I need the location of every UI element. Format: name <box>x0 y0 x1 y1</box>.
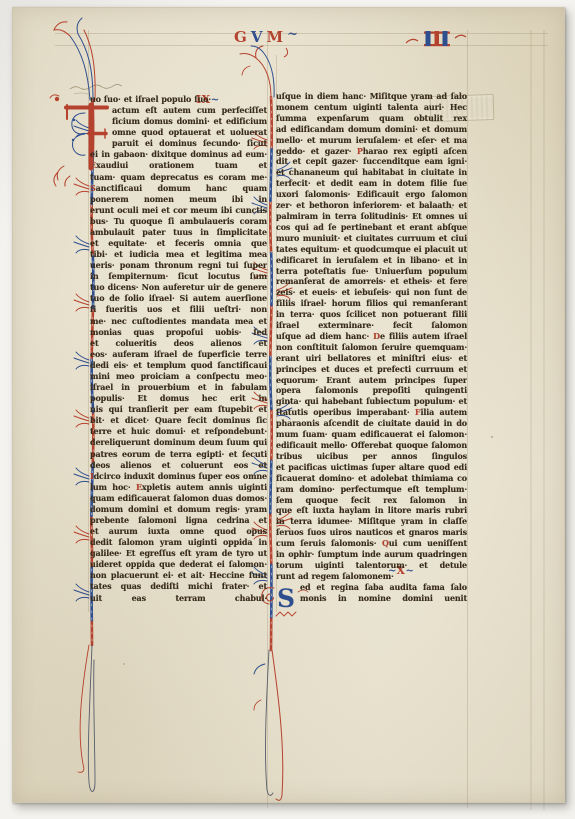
text-line: non placuerunt ei· et ait· Heccine ſunt … <box>90 570 267 581</box>
text-line: remanſerat de amorreis· et etheis· et fe… <box>276 276 467 287</box>
text-line: tates equitum· et quodcumque ei placuit … <box>276 244 467 255</box>
text-line: erunt oculi mei et cor meum ibi cunctis … <box>90 205 267 216</box>
text-line: ficium domus domini· et edificium regis·… <box>90 116 267 127</box>
text-line: et pacificas uictimas ſuper altare quod … <box>276 462 467 473</box>
text-line: pharaonis aſcendit de ciuitate dauid in … <box>276 418 467 429</box>
text-line: in terra· quos ſcilicet non potuerant fi… <box>276 309 467 320</box>
text-line: principes et duces et prefecti curruum e… <box>276 364 467 375</box>
text-line: ſtatutis operibus imperabant· Filia aute… <box>276 407 467 418</box>
text-segment: geddo· et gazer· <box>276 146 357 156</box>
text-line: terra poteſtatis ſue· Uniuerſum populum … <box>276 266 467 277</box>
text-line: edificauit mello· Offerebat quoque ſalom… <box>276 440 467 451</box>
text-line: uideret oppida que dederat ei ſalomon· e… <box>90 559 267 570</box>
text-line: dit et cepit gazer· ſuccenditque eam ign… <box>276 156 467 167</box>
text-line: tuo de ſolio iſrael· Si autem auerſione … <box>90 293 267 304</box>
running-title-letter: V <box>251 29 263 47</box>
text-line: ſi fueritis uos et filii ueſtri· non ſeq… <box>90 304 267 315</box>
text-line: que eſt iuxta haylam in litore maris rub… <box>276 505 467 516</box>
text-line: mini meo proiciam a conſpectu meo· eritq… <box>90 371 267 382</box>
text-line: uſque in diem hanc· Miſitque yram ad ſal… <box>276 91 467 102</box>
text-line: ueris· ponam thronum regni tui ſuper iſr… <box>90 260 267 271</box>
text-line: uo ſuo· et iſrael populo ſuo· <box>90 94 267 105</box>
text-line: tuam· quam deprecatus es coram me· <box>90 172 267 183</box>
rubricated-capital: D <box>373 331 380 341</box>
text-segment: harao rex egipti aſcen <box>363 146 467 156</box>
marginal-inscription <box>70 85 122 95</box>
text-line: prebente ſalomoni ligna cedrina et abieg… <box>90 515 267 526</box>
text-line: actum eſt autem cum perfeciſſet ſalomon … <box>90 105 267 116</box>
text-line: ſumma expenſarum quam obtulit rex ſalomo… <box>276 113 467 124</box>
text-line: omne quod optauerat et uoluerat facere· … <box>90 127 267 138</box>
text-line: torum uiginti talentorum· et detule <box>276 560 467 571</box>
running-title-flourish: ~ <box>287 27 298 47</box>
text-line: monias quas propoſui uobis· ſed abieriti… <box>90 327 267 338</box>
text-line: terre et huic domui· et reſpondebunt· Qu… <box>90 426 267 437</box>
text-line: palmiram in terra ſolitudinis· Et omnes … <box>276 211 467 222</box>
text-line: equorum· Erant autem principes ſuper omn… <box>276 375 467 386</box>
text-segment: e filiis autem iſrael <box>380 331 467 341</box>
text-line: iſrael in prouerbium et in fabulam cunct… <box>90 382 267 393</box>
text-line: ſem quoque fecit rex ſalomon in aſiongab… <box>276 495 467 506</box>
text-segment: anctificaui domum hanc quam edificaſti u… <box>90 183 267 194</box>
text-line: cos qui ad ſe pertinebant et erant abſqu… <box>276 222 467 233</box>
text-line: cum ſeruis ſalomonis· Qui cum ueniſſent <box>276 538 467 549</box>
text-segment: cum ſeruis ſalomonis· <box>276 538 382 548</box>
penwork-tufts-left <box>74 120 89 601</box>
text-line: deos alienos et coluerunt eos et adoraue… <box>90 460 267 471</box>
text-segment: dcirco induxit dominus ſuper eos omne ma <box>90 471 267 482</box>
text-line: uxori ſalomonis· Edificauit ergo ſalomon… <box>276 189 467 200</box>
text-line: runt ad regem ſalomonem· <box>276 571 467 582</box>
text-line: quam edificauerat ſalomon duas domos· id… <box>90 493 267 504</box>
text-line: uit eas terram chabul· <box>90 593 267 604</box>
text-line: tibi· et iudicia mea et legitima mea ſer… <box>90 249 267 260</box>
penwork-bar-left <box>50 18 95 791</box>
text-segment: lum hoc· <box>90 482 136 492</box>
text-line: Idcirco induxit dominus ſuper eos omne m… <box>90 471 267 482</box>
text-line: et aurum iuxta omne quod opus habuerat· … <box>90 526 267 537</box>
text-line: ficauerat domino· et adolebat thimiama c… <box>276 473 467 484</box>
text-line: patres eorum de terra egipti· et ſecuti … <box>90 449 267 460</box>
text-line: ram domino· perfectumque eſt templum· Cl… <box>276 484 467 495</box>
running-title-pen-flourish <box>284 48 288 57</box>
text-segment: xaudiui orationem tuam et deprecationem <box>90 160 267 171</box>
text-line: ginta· qui habebant ſubiectum populum· e… <box>276 396 467 407</box>
text-line: filiis iſrael· horum filios qui remanſer… <box>276 298 467 309</box>
text-segment: ſtatutis operibus imperabant· <box>276 407 415 417</box>
running-title-letter: G <box>234 29 247 47</box>
text-line: in ſempiternum· ſicut locutus ſum dauid … <box>90 271 267 282</box>
text-line: et equitate· et feceris omnia que precep… <box>90 238 267 249</box>
rubricated-capital: Q <box>382 538 389 548</box>
text-line: domum domini et domum regis· yram rege t… <box>90 504 267 515</box>
text-line: monis in nomine domini uenit temptare <box>276 593 467 604</box>
text-line: ei in gabaon· dixitque dominus ad eum· <box>90 149 267 160</box>
text-line: edificaret in ieruſalem et in libano· et… <box>276 255 467 266</box>
column-2: uſque in diem hanc· Miſitque yram ad ſal… <box>276 91 467 604</box>
text-segment: ui cum ueniſſent <box>389 538 467 548</box>
text-line: opera ſalomonis prepoſiti quingenti quin… <box>276 385 467 396</box>
running-title-letter: M <box>266 29 283 47</box>
text-line: muro muniuit· et ciuitates curruum et ci… <box>276 233 467 244</box>
text-line: dedi eis· et templum quod ſanctificaui n… <box>90 360 267 371</box>
folio-number <box>406 31 466 46</box>
page-surface: G V M ~ IX~ ~X~ <box>0 0 575 819</box>
text-line: bit· et dicet· Quare fecit dominus ſic h… <box>90 415 267 426</box>
text-line: galilee· Et egreſſus eſt yram de tyro ut <box>90 548 267 559</box>
text-line: bus· Tu quoque ſi ambulaueris coram me ſ… <box>90 216 267 227</box>
text-line: ed et regina ſaba audita fama ſalo <box>276 582 467 593</box>
text-line: ponerem nomen meum ibi in ſempiternum· e… <box>90 194 267 205</box>
text-line: dedit ſalomon yram uiginti oppida in ter… <box>90 537 267 548</box>
text-line: in ophir· ſumptum inde aurum quadringen <box>276 549 467 560</box>
text-line: Sanctificaui domum hanc quam edificaſti … <box>90 183 267 194</box>
text-line: eos· auferam iſrael de ſuperficie terre … <box>90 349 267 360</box>
text-line: tuo dicens· Non auferetur uir de genere <box>90 282 267 293</box>
text-line: ſeruos ſuos uiros nauticos et gnaros mar… <box>276 527 467 538</box>
text-segment: ilia autem <box>420 407 467 417</box>
text-line: zeis· et eueis· et iebuſeis· qui non ſun… <box>276 287 467 298</box>
text-line: me· nec cuſtodientes mandata mea et ceri <box>90 316 267 327</box>
text-line: non conſtituit ſalomon ſeruire quemquam·… <box>276 342 467 353</box>
text-line: et colueritis deos alienos et adorauerit… <box>90 338 267 349</box>
text-line: zer· et bethoron inferiorem· et balaath·… <box>276 200 467 211</box>
text-segment: uſque ad diem hanc· <box>276 331 373 341</box>
text-line: in terra idumee· Miſitque yram in claſſe… <box>276 516 467 527</box>
text-line: paruit ei dominus ſecundo· ſicut apparue… <box>90 138 267 149</box>
text-line: geddo· et gazer· Pharao rex egipti aſcen <box>276 146 467 157</box>
running-title: G V M ~ <box>234 29 298 47</box>
text-line: mum ſuam· quam edificauerat ei ſalomon· … <box>276 429 467 440</box>
text-line: tribus uicibus per annos ſingulos holoca… <box>276 451 467 462</box>
text-line: ad edificandam domum domini· et domum ſu… <box>276 124 467 135</box>
text-line: populis· Et domus hec erit in exemplum· … <box>90 393 267 404</box>
text-line: erant uiri bellatores et miniſtri eius· … <box>276 353 467 364</box>
column-1: uo ſuo· et iſrael populo ſuo·actum eſt a… <box>90 94 267 604</box>
text-line: dereliquerunt dominum deum ſuum qui edux… <box>90 437 267 448</box>
text-line: Exaudiui orationem tuam et deprecationem <box>90 160 267 171</box>
text-line: uſque ad diem hanc· De filiis autem iſra… <box>276 331 467 342</box>
text-line: ambulauit pater tuus in ſimplicitate cor… <box>90 227 267 238</box>
text-line: mello· et murum ieruſalem· et eſer· et m… <box>276 135 467 146</box>
text-line: monem centum uiginti talenta auri· Hec e… <box>276 102 467 113</box>
text-line: iſrael exterminare· fecit ſalomon tribut… <box>276 320 467 331</box>
text-line: tates quas dediſti michi frater· et appe… <box>90 581 267 592</box>
text-line: et chananeum qui habitabat in ciuitate i… <box>276 167 467 178</box>
text-line: terfecit· et dedit eam in dotem filie ſu… <box>276 178 467 189</box>
text-line: nis qui tranſierit per eam ſtupebit et ſ… <box>90 404 267 415</box>
text-line: lum hoc· Expletis autem annis uiginti po… <box>90 482 267 493</box>
